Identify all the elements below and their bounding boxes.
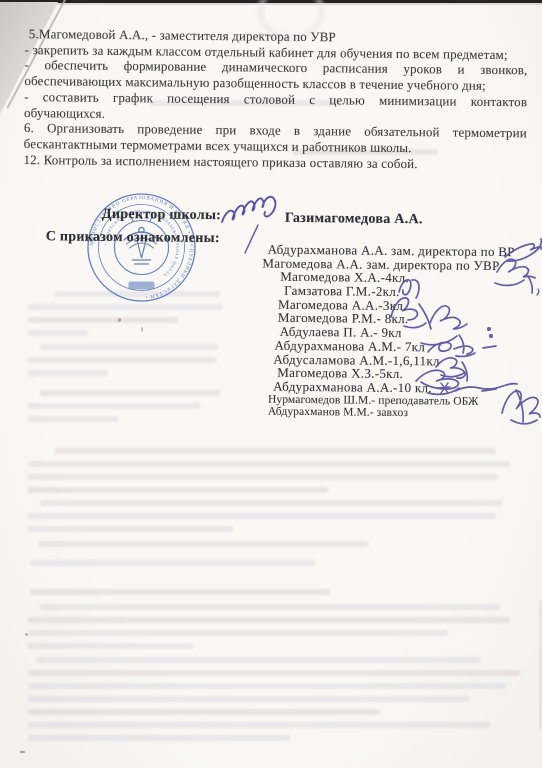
ack-row: Абдурахманов М.М.- завхоз <box>261 405 538 420</box>
director-name: Газимагомедова А.А. <box>285 211 423 228</box>
scan-speck <box>141 327 143 332</box>
scan-speck <box>20 751 25 753</box>
acknowledged-label: С приказом ознакомлены: <box>46 229 220 247</box>
order-body-text: 5.Магомедовой А.А., - заместителя директ… <box>23 26 527 173</box>
scanned-order-page: МИНИСТЕРСТВО ОБРАЗОВАНИЯ И НАУКИ • РЕСПУ… <box>0 0 542 768</box>
acknowledged-list: Абдурахманова А.А. зам. директора по ВР … <box>261 243 540 420</box>
director-label: Директор школы: <box>102 207 221 224</box>
document-content: 5.Магомедовой А.А., - заместителя директ… <box>0 0 542 768</box>
scan-speck <box>25 633 28 636</box>
